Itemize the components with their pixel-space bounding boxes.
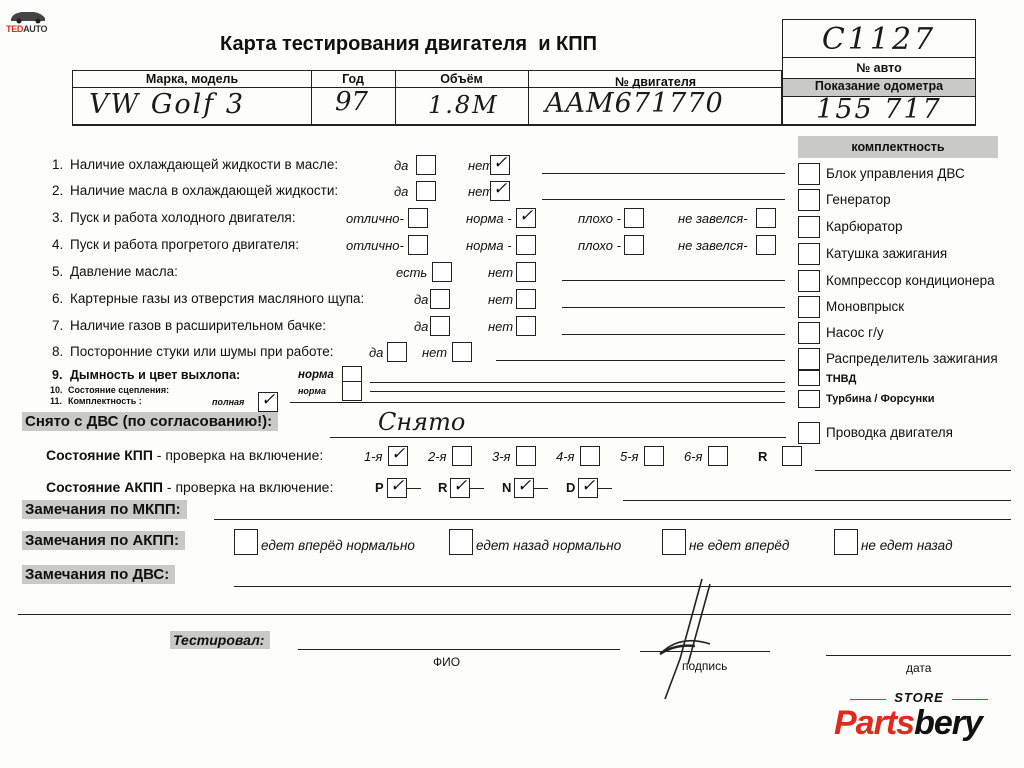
partsbery-logo: STORE Partsbery	[834, 690, 1004, 741]
checklist-item-8-label: Посторонние стуки или шумы при работе:	[70, 344, 334, 359]
kit-item-label: Карбюратор	[826, 219, 903, 234]
logo-store: STORE	[894, 690, 944, 705]
checklist-item-6-comment-line[interactable]	[562, 307, 785, 308]
checklist-item-7-checkbox[interactable]	[430, 316, 450, 336]
checklist-item-5-number: 5.	[52, 264, 63, 279]
checklist-item-2-checkbox[interactable]	[416, 181, 436, 201]
check-stroke	[534, 488, 548, 489]
manual-gear-checkbox[interactable]	[782, 446, 802, 466]
check-mark-icon: ✓	[517, 478, 531, 495]
auto-gearbox-rest: - проверка на включение:	[163, 479, 333, 495]
value-year[interactable]: 97	[335, 87, 368, 117]
manual-gearbox-bold: Состояние КПП	[46, 447, 153, 463]
checklist-item-3-option-label: плохо -	[578, 211, 621, 226]
kit-item-checkbox[interactable]	[798, 270, 820, 292]
kit-item-label: Компрессор кондиционера	[826, 273, 995, 288]
checklist-item-8-option-label: да	[369, 345, 383, 360]
checklist-item-5-checkbox[interactable]	[516, 262, 536, 282]
car-info-box: C1127 № авто Показание одометра 155 717	[782, 19, 976, 126]
checklist-item-8-checkbox[interactable]	[452, 342, 472, 362]
logo-bery: bery	[914, 704, 982, 742]
checklist-item-9-option-label: норма	[298, 369, 334, 381]
manual-gear-label: 5-я	[620, 449, 639, 464]
check-stroke	[470, 488, 484, 489]
name-caption: ФИО	[433, 655, 460, 669]
checklist-item-6-option-label: нет	[488, 292, 513, 307]
removed-label: Снято с ДВС (по согласованию!):	[22, 412, 278, 431]
checklist-item-7-comment-line[interactable]	[562, 334, 785, 335]
manual-gear-checkbox[interactable]	[580, 446, 600, 466]
checklist-item-4-checkbox[interactable]	[756, 235, 776, 255]
checklist-item-2-option-label: да	[394, 184, 408, 199]
manual-gear-label: 6-я	[684, 449, 703, 464]
checklist-item-10-checkbox[interactable]	[342, 381, 362, 401]
logo-text-dark: AUTO	[23, 24, 47, 34]
checklist-item-6-number: 6.	[52, 291, 63, 306]
checklist-item-3-checkbox[interactable]	[408, 208, 428, 228]
checklist-item-1-comment-line[interactable]	[542, 173, 785, 174]
auto-gearbox-bold: Состояние АКПП	[46, 479, 163, 495]
checklist-item-5-option-label: нет	[488, 265, 513, 280]
check-stroke	[598, 488, 612, 489]
auto-remark-label: не едет вперёд	[689, 538, 789, 553]
checklist-item-5-label: Давление масла:	[70, 264, 178, 279]
checklist-item-1-option-label: да	[394, 158, 408, 173]
checklist-item-8-number: 8.	[52, 344, 63, 359]
manual-gear-label: 4-я	[556, 449, 575, 464]
kit-item-label: Проводка двигателя	[826, 425, 953, 440]
manual-gear-checkbox[interactable]	[452, 446, 472, 466]
checklist-item-1-checkbox[interactable]	[416, 155, 436, 175]
checklist-item-5-option-label: есть	[396, 265, 427, 280]
checklist-item-4-number: 4.	[52, 237, 63, 252]
checklist-item-1-number: 1.	[52, 157, 63, 172]
remarks-engine-label: Замечания по ДВС:	[22, 565, 175, 584]
auto-remark-label: едет назад нормально	[476, 538, 621, 553]
manual-gearbox-rest: - проверка на включение:	[153, 447, 323, 463]
checklist-item-7-option-label: нет	[488, 319, 513, 334]
checklist-item-4-option-label: не завелся-	[678, 238, 748, 253]
checklist-item-2-number: 2.	[52, 183, 63, 198]
checklist-item-6-checkbox[interactable]	[430, 289, 450, 309]
logo-parts: Parts	[834, 704, 914, 742]
remarks-engine-line[interactable]	[234, 586, 1011, 587]
kit-item-label: Распределитель зажигания	[826, 351, 998, 366]
checklist-item-10-number: 10.	[50, 385, 63, 395]
checklist-item-6-option-label: да	[414, 292, 428, 307]
checklist-item-8-option-label: нет	[422, 345, 447, 360]
checklist-item-3-option-label: не завелся-	[678, 211, 748, 226]
checklist-item-10-option-label: норма	[298, 386, 326, 396]
kit-item-label: Моновпрыск	[826, 299, 904, 314]
manual-gear-label: R	[758, 449, 767, 464]
auto-remark-checkbox[interactable]	[662, 529, 686, 555]
check-mark-icon: ✓	[391, 446, 405, 463]
auto-remark-label: едет вперёд нормально	[261, 538, 415, 553]
name-line[interactable]	[298, 649, 620, 650]
signature-scribble	[640, 574, 720, 704]
checklist-item-3-option-label: норма -	[466, 211, 512, 226]
auto-gear-label: N	[502, 480, 511, 495]
kit-item-checkbox[interactable]	[798, 422, 820, 444]
check-mark-icon: ✓	[261, 392, 275, 409]
remarks-auto-label: Замечания по АКПП:	[22, 531, 185, 550]
check-mark-icon: ✓	[453, 478, 467, 495]
odometer-value[interactable]: 155 717	[783, 94, 975, 125]
auto-gearbox-label: Состояние АКПП - проверка на включение:	[46, 479, 333, 495]
checklist-item-5-comment-line[interactable]	[562, 280, 785, 281]
checklist-item-9-number: 9.	[52, 368, 62, 382]
checklist-item-4-option-label: норма -	[466, 238, 512, 253]
kit-item-label: Блок управления ДВС	[826, 166, 965, 181]
checklist-item-11-option-label: полная	[212, 397, 244, 407]
kit-item-checkbox[interactable]	[798, 390, 820, 408]
checklist-item-9-comment-line[interactable]	[370, 382, 785, 383]
checklist-item-3-number: 3.	[52, 210, 63, 225]
auto-remark-checkbox[interactable]	[234, 529, 258, 555]
checklist-item-7-option-label: да	[414, 319, 428, 334]
checklist-item-4-label: Пуск и работа прогретого двигателя:	[70, 237, 299, 252]
kit-item-label: ТНВД	[826, 373, 856, 385]
date-line[interactable]	[826, 655, 1011, 656]
page-title: Карта тестирования двигателя и КПП	[220, 33, 597, 56]
checklist-item-4-checkbox[interactable]	[516, 235, 536, 255]
auto-remark-label: не едет назад	[861, 538, 953, 553]
checklist-item-10-comment-line[interactable]	[370, 391, 785, 392]
auto-remark-checkbox[interactable]	[834, 529, 858, 555]
auto-gear-label: R	[438, 480, 447, 495]
kit-item-checkbox[interactable]	[798, 296, 820, 318]
checklist-item-11-label: Комплектность :	[68, 396, 142, 406]
manual-gear-label: 1-я	[364, 449, 383, 464]
checklist-item-3-checkbox[interactable]	[756, 208, 776, 228]
checklist-item-7-checkbox[interactable]	[516, 316, 536, 336]
checklist-item-2-comment-line[interactable]	[542, 199, 785, 200]
checklist-item-4-checkbox[interactable]	[408, 235, 428, 255]
kit-item-label: Генератор	[826, 192, 891, 207]
vehicle-table: Марка, модель Год Объём № двигателя VW G…	[72, 70, 782, 126]
kit-item-checkbox[interactable]	[798, 370, 820, 386]
header-volume: Объём	[395, 72, 528, 86]
checklist-item-11-number: 11.	[50, 396, 62, 406]
logo-text-red: TED	[6, 24, 23, 34]
manual-gear-checkbox[interactable]	[644, 446, 664, 466]
auto-gear-label: P	[375, 480, 384, 495]
checklist-item-4-option-label: плохо -	[578, 238, 621, 253]
check-mark-icon: ✓	[581, 478, 595, 495]
checklist-item-9-label: Дымность и цвет выхлопа:	[70, 368, 240, 382]
manual-gear-label: 3-я	[492, 449, 511, 464]
checklist-item-8-comment-line[interactable]	[496, 360, 785, 361]
manual-gearbox-label: Состояние КПП - проверка на включение:	[46, 447, 323, 463]
kit-item-checkbox[interactable]	[798, 216, 820, 238]
checklist-item-4-option-label: отлично-	[346, 238, 404, 253]
checklist-item-11-comment-line[interactable]	[290, 402, 785, 403]
manual-gear-checkbox[interactable]	[516, 446, 536, 466]
checklist-item-8-checkbox[interactable]	[387, 342, 407, 362]
kit-item-checkbox[interactable]	[798, 189, 820, 211]
kit-item-label: Турбина / Форсунки	[826, 393, 934, 405]
checklist-item-4-checkbox[interactable]	[624, 235, 644, 255]
checklist-item-7-label: Наличие газов в расширительном бачке:	[70, 318, 326, 333]
kit-header: комплектность	[798, 136, 998, 158]
checklist-item-6-label: Картерные газы из отверстия масляного щу…	[70, 291, 364, 306]
value-make-model[interactable]: VW Golf 3	[89, 89, 245, 120]
kit-item-checkbox[interactable]	[798, 322, 820, 344]
removed-value[interactable]: Снято	[378, 408, 465, 436]
value-engine-no[interactable]: AAM671770	[545, 88, 724, 119]
checklist-item-3-option-label: отлично-	[346, 211, 404, 226]
manual-gear-label: 2-я	[428, 449, 447, 464]
tedauto-logo: TEDAUTO	[6, 8, 50, 34]
checklist-item-3-label: Пуск и работа холодного двигателя:	[70, 210, 296, 225]
kit-item-checkbox[interactable]	[798, 243, 820, 265]
manual-gear-checkbox[interactable]	[708, 446, 728, 466]
check-mark-icon: ✓	[493, 181, 507, 198]
checklist-item-5-checkbox[interactable]	[432, 262, 452, 282]
header-engine-no: № двигателя	[528, 75, 783, 89]
remarks-engine-line-2[interactable]	[18, 614, 1011, 615]
kit-item-label: Насос г/у	[826, 325, 884, 340]
checklist-item-10-label: Состояние сцепления:	[68, 385, 169, 395]
car-icon	[8, 8, 48, 24]
check-mark-icon: ✓	[493, 155, 507, 172]
auto-gear-label: D	[566, 480, 575, 495]
checklist-item-3-checkbox[interactable]	[624, 208, 644, 228]
check-mark-icon: ✓	[390, 478, 404, 495]
remarks-manual-label: Замечания по МКПП:	[22, 500, 187, 519]
header-year: Год	[311, 72, 395, 86]
checklist-item-2-label: Наличие масла в охлаждающей жидкости:	[70, 183, 338, 198]
kit-item-checkbox[interactable]	[798, 163, 820, 185]
date-caption: дата	[906, 661, 931, 675]
car-number-value[interactable]: C1127	[783, 22, 975, 57]
header-make-model: Марка, модель	[73, 72, 311, 86]
checklist-item-7-number: 7.	[52, 318, 63, 333]
value-volume[interactable]: 1.8M	[428, 91, 499, 119]
kit-item-checkbox[interactable]	[798, 348, 820, 370]
check-stroke	[407, 488, 421, 489]
checklist-item-6-checkbox[interactable]	[516, 289, 536, 309]
kit-item-label: Катушка зажигания	[826, 246, 947, 261]
tested-by-label: Тестировал:	[170, 631, 270, 649]
auto-remark-checkbox[interactable]	[449, 529, 473, 555]
checklist-item-1-label: Наличие охлаждающей жидкости в масле:	[70, 157, 338, 172]
car-number-label: № авто	[783, 61, 975, 75]
check-mark-icon: ✓	[519, 208, 533, 225]
